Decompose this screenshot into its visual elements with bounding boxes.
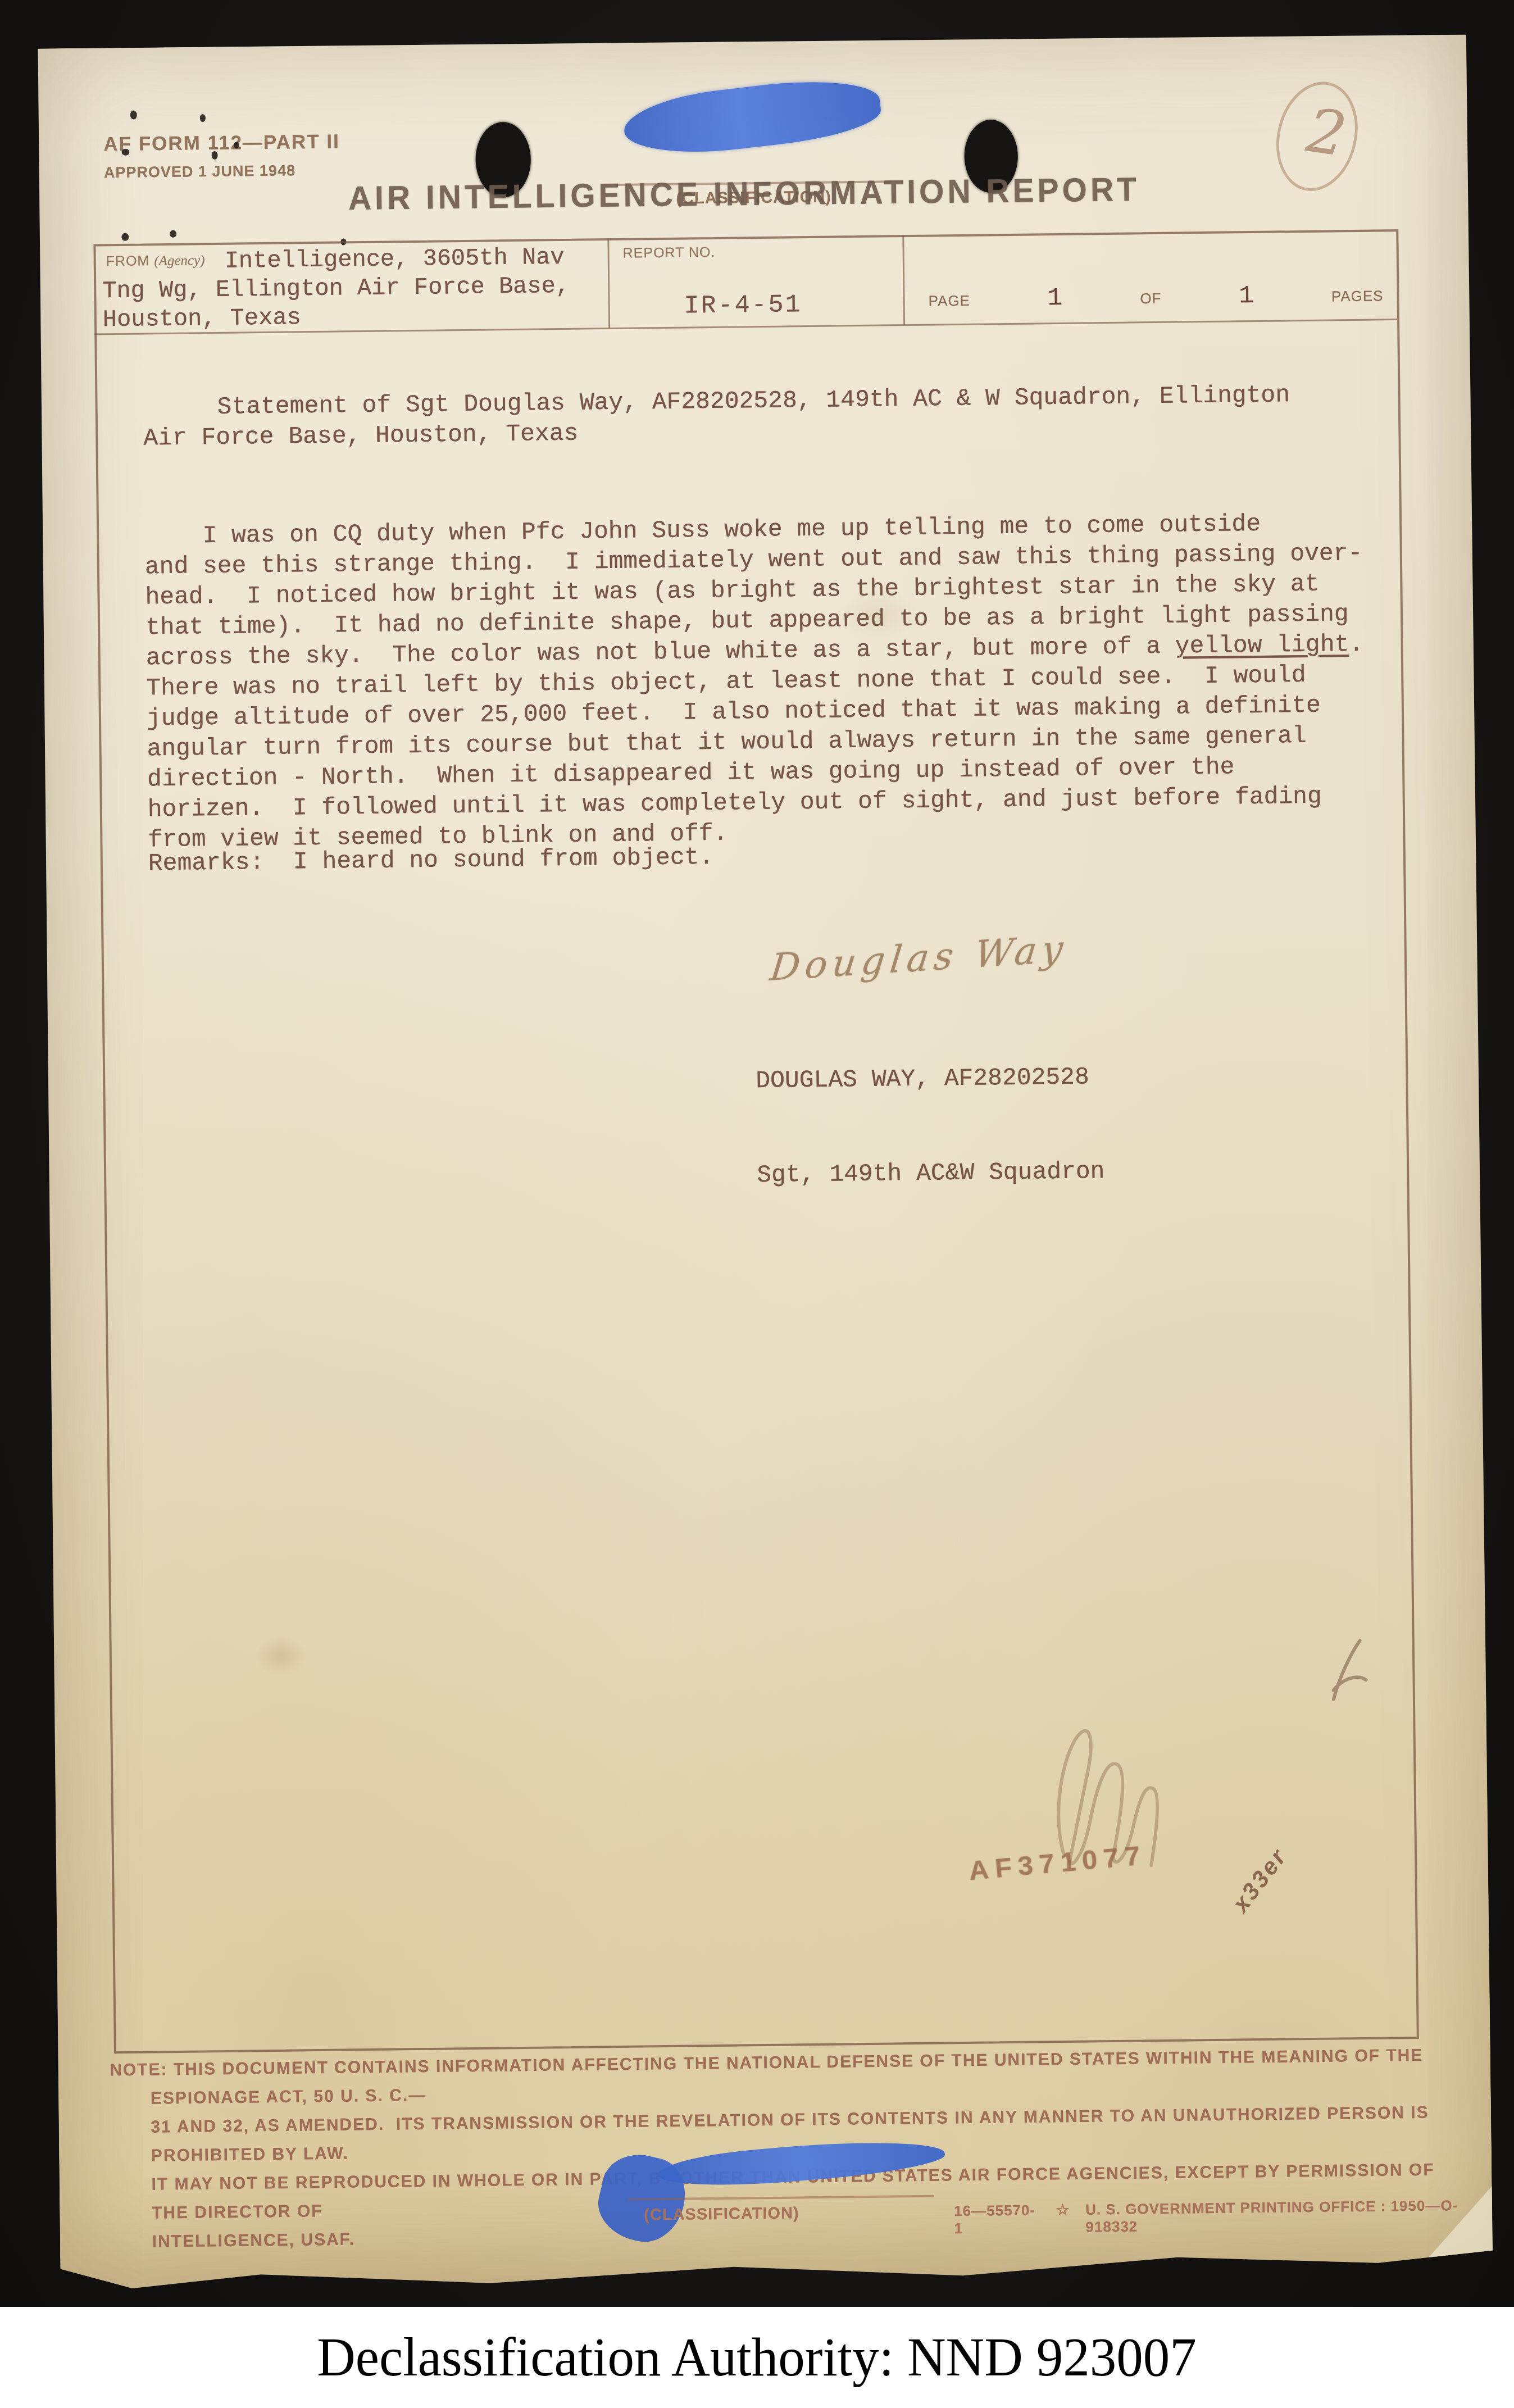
typed-signature-name: DOUGLAS WAY, AF28202528 [756,1061,1104,1097]
pages-label: PAGES [1331,287,1384,305]
star-icon: ☆ [1056,2201,1070,2219]
document-page: AF FORM 112—PART II APPROVED 1 JUNE 1948… [35,33,1493,2292]
of-label: OF [1140,290,1161,307]
statement-body: I was on CQ duty when Pfc John Suss woke… [144,477,1398,885]
declassification-bar: Declassification Authority: NND 923007 [0,2307,1514,2408]
report-no-value: IR-4-51 [684,290,802,320]
gpo-text: U. S. GOVERNMENT PRINTING OFFICE : 1950—… [1085,2196,1493,2236]
form-number: AF FORM 112—PART II [103,130,340,156]
page-value: 1 [1048,284,1063,312]
page-label: PAGE [928,292,970,310]
gpo-print-line: 16—55570-1 ☆ U. S. GOVERNMENT PRINTING O… [954,2196,1493,2237]
print-code: 16—55570-1 [954,2202,1040,2238]
declassification-text: Declassification Authority: NND 923007 [317,2326,1197,2389]
report-no-label: REPORT NO. [622,244,715,262]
underlined-phrase: yellow light [1175,630,1349,660]
pencil-mark [1316,1636,1385,1712]
typed-signature-unit: Sgt, 149th AC&W Squadron [757,1156,1105,1191]
total-pages-value: 1 [1239,282,1254,310]
svg-text:2: 2 [1302,96,1351,171]
from-value: Intelligence, 3605th Nav Tng Wg, Ellingt… [102,243,608,334]
classification-label-bottom: (CLASSIFICATION) [644,2204,799,2224]
blue-crayon-mark-top [621,72,883,162]
page-count-row: PAGE 1 OF 1 PAGES [928,280,1384,314]
form-approved-date: APPROVED 1 JUNE 1948 [104,162,295,181]
typed-signature-block: DOUGLAS WAY, AF28202528 Sgt, 149th AC&W … [755,998,1106,1254]
